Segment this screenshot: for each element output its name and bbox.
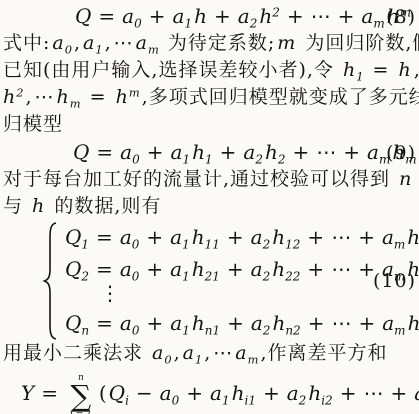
math-token: h2 [3, 86, 24, 108]
math-token: + [186, 381, 203, 405]
math-token: a1 [170, 311, 190, 335]
math-token: Q2 [65, 257, 89, 281]
math-token: a0 [120, 257, 140, 281]
math-token: + [214, 4, 231, 28]
math-token: = [96, 140, 113, 164]
math-token: n [399, 168, 412, 190]
math-token: 用最小二乘法求 [3, 342, 150, 364]
math-token: + [227, 311, 244, 335]
math-token: + [343, 140, 360, 164]
math-token: hi1 [232, 381, 256, 405]
math-token: ⋯ [213, 342, 233, 364]
math-token: = [96, 311, 113, 335]
math-token: + [338, 4, 355, 28]
math-token: ⋯ [316, 140, 336, 164]
math-token: h [398, 59, 411, 81]
math-token: = [96, 257, 113, 281]
math-token: + [263, 381, 280, 405]
math-token: a0 [120, 140, 140, 164]
math-token: hnm [408, 311, 419, 335]
math-token: + [293, 140, 310, 164]
math-token: + [227, 225, 244, 249]
paper-page: Q=a0+a1h+a2h2+⋯+amhm (8) 式中:a0,a1,⋯am 为待… [0, 0, 419, 414]
math-token: + [307, 257, 324, 281]
math-token: = [365, 59, 396, 81]
math-token: ⋯ [311, 4, 331, 28]
math-token: 组 [414, 168, 419, 190]
math-token: + [227, 257, 244, 281]
math-token: ⋯ [331, 225, 351, 249]
math-token: , [105, 32, 112, 54]
math-token: hm [116, 86, 140, 108]
equation-8-label: (8) [386, 6, 416, 28]
math-token: a2 [238, 4, 258, 28]
math-token: hi2 [308, 381, 332, 405]
math-token: h22 [272, 257, 300, 281]
math-token: am [235, 342, 258, 364]
system-left-brace-icon [42, 221, 58, 345]
equation-8-body: Q=a0+a1h+a2h2+⋯+amhm [74, 1, 412, 31]
math-token: am [382, 225, 405, 249]
math-token: , [174, 342, 181, 364]
system-vdots: ⋮ [100, 281, 120, 305]
math-token: + [358, 311, 375, 335]
math-token: + [146, 257, 163, 281]
math-token: a0 [52, 32, 72, 54]
math-token: = [41, 381, 58, 405]
math-token: a1 [183, 342, 203, 364]
math-token: a1 [171, 140, 191, 164]
math-token: a1 [170, 257, 190, 281]
math-token: = [98, 4, 115, 28]
math-token: 的数据,则有 [47, 195, 161, 217]
math-token: hn1 [192, 311, 220, 335]
body-line-6: 与 h 的数据,则有 [2, 193, 162, 219]
math-token: Q [75, 4, 91, 28]
body-line-1: 式中:a0,a1,⋯am 为待定系数;m 为回归阶数,假设 m [2, 30, 419, 56]
math-token: 式中: [3, 32, 50, 54]
math-token: + [146, 311, 163, 335]
math-token: a2 [243, 140, 263, 164]
math-token: m [277, 32, 296, 54]
body-line-3: h2,⋯hm = hm,多项式回归模型就变成了多元线性回 [2, 84, 419, 110]
math-token: ⋯ [331, 257, 351, 281]
math-token: ⋯ [114, 32, 134, 54]
system-eq-row-n: Qn=a0+a1hn1+a2hn2+⋯+amhnm [64, 308, 419, 338]
body-line-2: 已知(由用户输入,选择误差较小者),令 h1 = h,h2 = [2, 57, 419, 83]
math-token: a0 [122, 4, 142, 28]
math-token: 为待定系数; [161, 32, 275, 54]
math-token: a2 [251, 257, 271, 281]
math-token: − [136, 381, 153, 405]
math-token: am [136, 32, 159, 54]
math-token: Q [73, 140, 89, 164]
math-token: h21 [192, 257, 220, 281]
math-token: 与 [3, 195, 30, 217]
math-token: h12 [272, 225, 300, 249]
math-token: , [204, 342, 211, 364]
equation-9-body: Q=a0+a1h1+a2h2+⋯+amhm [72, 137, 418, 167]
math-token: + [358, 225, 375, 249]
math-token: a0 [120, 225, 140, 249]
math-token: + [149, 4, 166, 28]
math-token: + [220, 140, 237, 164]
math-token: h2 [265, 140, 286, 164]
math-token: a0 [160, 381, 180, 405]
system-eq-row-2: Q2=a0+a1h21+a2h22+⋯+amh2m [64, 254, 419, 284]
system-eq-row-1: Q1=a0+a1h11+a2h12+⋯+amh1m [64, 222, 419, 252]
math-token: Y [21, 381, 34, 405]
math-token: ,多项式回归模型就变成了多元线性回 [142, 86, 419, 108]
body-line-5: 对于每台加工好的流量计,通过校验可以得到 n 组 Q [2, 166, 419, 192]
math-token: 已知(由用户输入,选择误差较小者),令 [3, 59, 341, 81]
math-token: a1 [83, 32, 103, 54]
math-token: hm [57, 86, 81, 108]
math-token: h1m [407, 225, 419, 249]
math-token: + [147, 140, 164, 164]
equation-Y-body: Y=n∑i = 1(Qi−a0+a1hi1+a2hi2+⋯+amhim)2 [20, 372, 419, 414]
math-token: = [96, 225, 113, 249]
math-token: h11 [192, 225, 220, 249]
math-token: a1 [170, 225, 190, 249]
math-token: + [390, 381, 407, 405]
math-token: 归模型 [3, 113, 63, 135]
math-token: h [32, 195, 45, 217]
math-token: h [194, 4, 207, 28]
math-token: a0 [152, 342, 172, 364]
body-line-7: 用最小二乘法求 a0,a1,⋯am,作离差平方和 [2, 340, 388, 366]
math-token: + [287, 4, 304, 28]
math-token: a0 [120, 311, 140, 335]
math-token: + [146, 225, 163, 249]
math-token: ,作离差平方和 [260, 342, 387, 364]
math-token: am [361, 4, 384, 28]
math-token: , [414, 59, 419, 81]
math-token: + [308, 311, 325, 335]
equation-10-label: (10) [373, 270, 416, 292]
summation-symbol: n∑i = 1 [70, 374, 92, 414]
math-token: a2 [251, 311, 271, 335]
math-token: am [382, 311, 405, 335]
math-token: ( [99, 381, 107, 405]
math-token: h1 [192, 140, 213, 164]
math-token: h1 [343, 59, 364, 81]
math-token: + [307, 225, 324, 249]
math-token: ⋯ [363, 381, 383, 405]
math-token: h2 [259, 4, 280, 28]
math-token: Q1 [65, 225, 89, 249]
math-token: 为回归阶数,假设 [298, 32, 419, 54]
math-token: + [340, 381, 357, 405]
body-line-4: 归模型 [2, 111, 64, 137]
math-token: Qn [65, 311, 89, 335]
math-token: a2 [287, 381, 307, 405]
math-token: a2 [251, 225, 271, 249]
math-token: am [414, 381, 419, 405]
math-token: a1 [173, 4, 193, 28]
math-token: , [74, 32, 81, 54]
math-token: ⋯ [35, 86, 55, 108]
equation-9-label: (9) [386, 142, 416, 164]
math-token: = [83, 86, 114, 108]
math-token: 对于每台加工好的流量计,通过校验可以得到 [3, 168, 397, 190]
math-token: , [26, 86, 33, 108]
math-token: Qi [109, 381, 129, 405]
math-token: hn2 [272, 311, 300, 335]
math-token: a1 [210, 381, 230, 405]
math-token: ⋯ [331, 311, 351, 335]
